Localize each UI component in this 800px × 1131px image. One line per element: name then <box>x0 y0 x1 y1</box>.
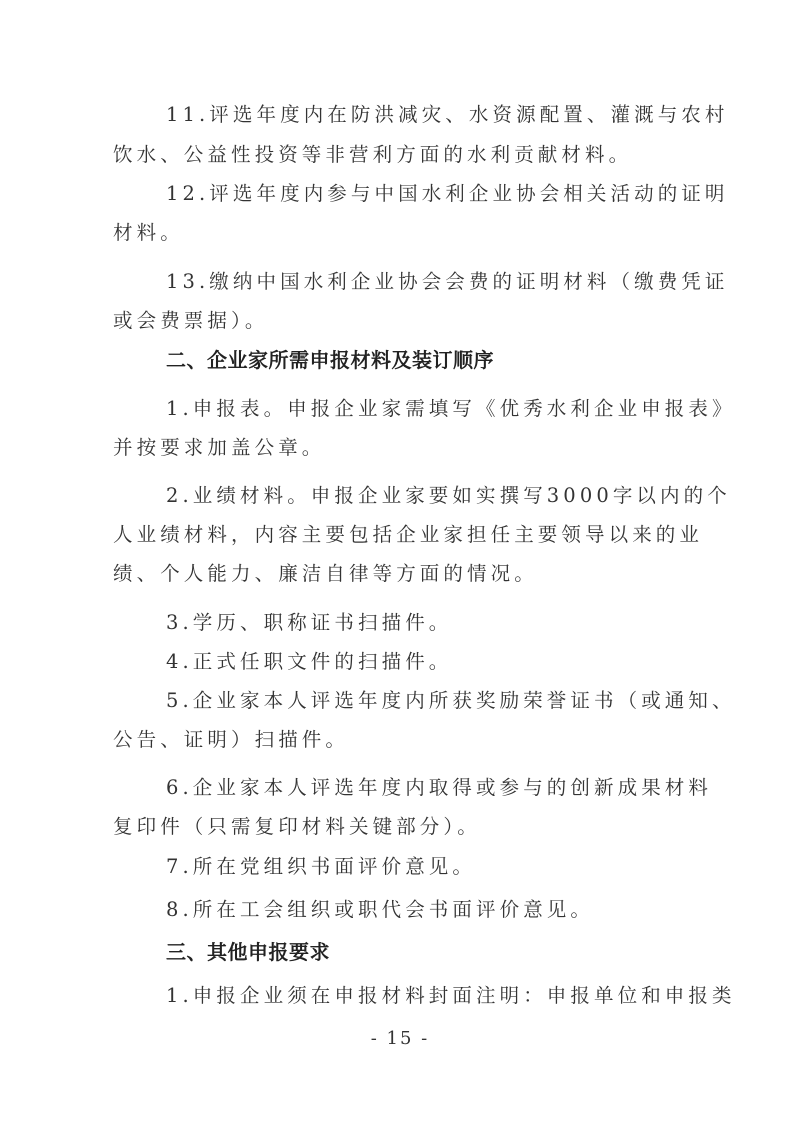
paragraph-s2-item-4: 4.正式任职文件的扫描件。 <box>166 642 679 681</box>
paragraph-item-12-line-2: 材料。 <box>113 213 679 252</box>
paragraph-s2-item-1-line-2: 并按要求加盖公章。 <box>113 428 679 467</box>
paragraph-item-12-line-1: 12.评选年度内参与中国水利企业协会相关活动的证明 <box>166 174 679 213</box>
paragraph-item-11-line-1: 11.评选年度内在防洪减灾、水资源配置、灌溉与农村 <box>166 95 679 134</box>
paragraph-s2-item-5-line-1: 5.企业家本人评选年度内所获奖励荣誉证书（或通知、 <box>166 681 679 720</box>
paragraph-s2-item-7: 7.所在党组织书面评价意见。 <box>166 847 679 886</box>
paragraph-s3-item-1-line-1: 1.申报企业须在申报材料封面注明：申报单位和申报类 <box>166 976 679 1015</box>
paragraph-s2-item-6-line-2: 复印件（只需复印材料关键部分）。 <box>113 807 679 846</box>
paragraph-s2-item-2-line-2: 人业绩材料，内容主要包括企业家担任主要领导以来的业 <box>113 515 679 554</box>
paragraph-s2-item-2-line-3: 绩、个人能力、廉洁自律等方面的情况。 <box>113 554 679 593</box>
paragraph-s2-item-3: 3.学历、职称证书扫描件。 <box>166 603 679 642</box>
paragraph-item-13-line-1: 13.缴纳中国水利企业协会会费的证明材料（缴费凭证 <box>166 262 679 301</box>
paragraph-s2-item-6-line-1: 6.企业家本人评选年度内取得或参与的创新成果材料 <box>166 768 679 807</box>
paragraph-s2-item-5-line-2: 公告、证明）扫描件。 <box>113 720 679 759</box>
document-page: 11.评选年度内在防洪减灾、水资源配置、灌溉与农村 饮水、公益性投资等非营利方面… <box>0 0 800 1131</box>
page-number: - 15 - <box>0 1024 800 1054</box>
paragraph-s2-item-1-line-1: 1.申报表。申报企业家需填写《优秀水利企业申报表》 <box>166 389 679 428</box>
paragraph-item-13-line-2: 或会费票据）。 <box>113 301 679 340</box>
paragraph-s2-item-8: 8.所在工会组织或职代会书面评价意见。 <box>166 890 679 929</box>
section-heading-2: 二、企业家所需申报材料及装订顺序 <box>166 341 732 380</box>
paragraph-s2-item-2-line-1: 2.业绩材料。申报企业家要如实撰写3000字以内的个 <box>166 476 679 515</box>
paragraph-item-11-line-2: 饮水、公益性投资等非营利方面的水利贡献材料。 <box>113 135 679 174</box>
section-heading-3: 三、其他申报要求 <box>166 933 732 972</box>
